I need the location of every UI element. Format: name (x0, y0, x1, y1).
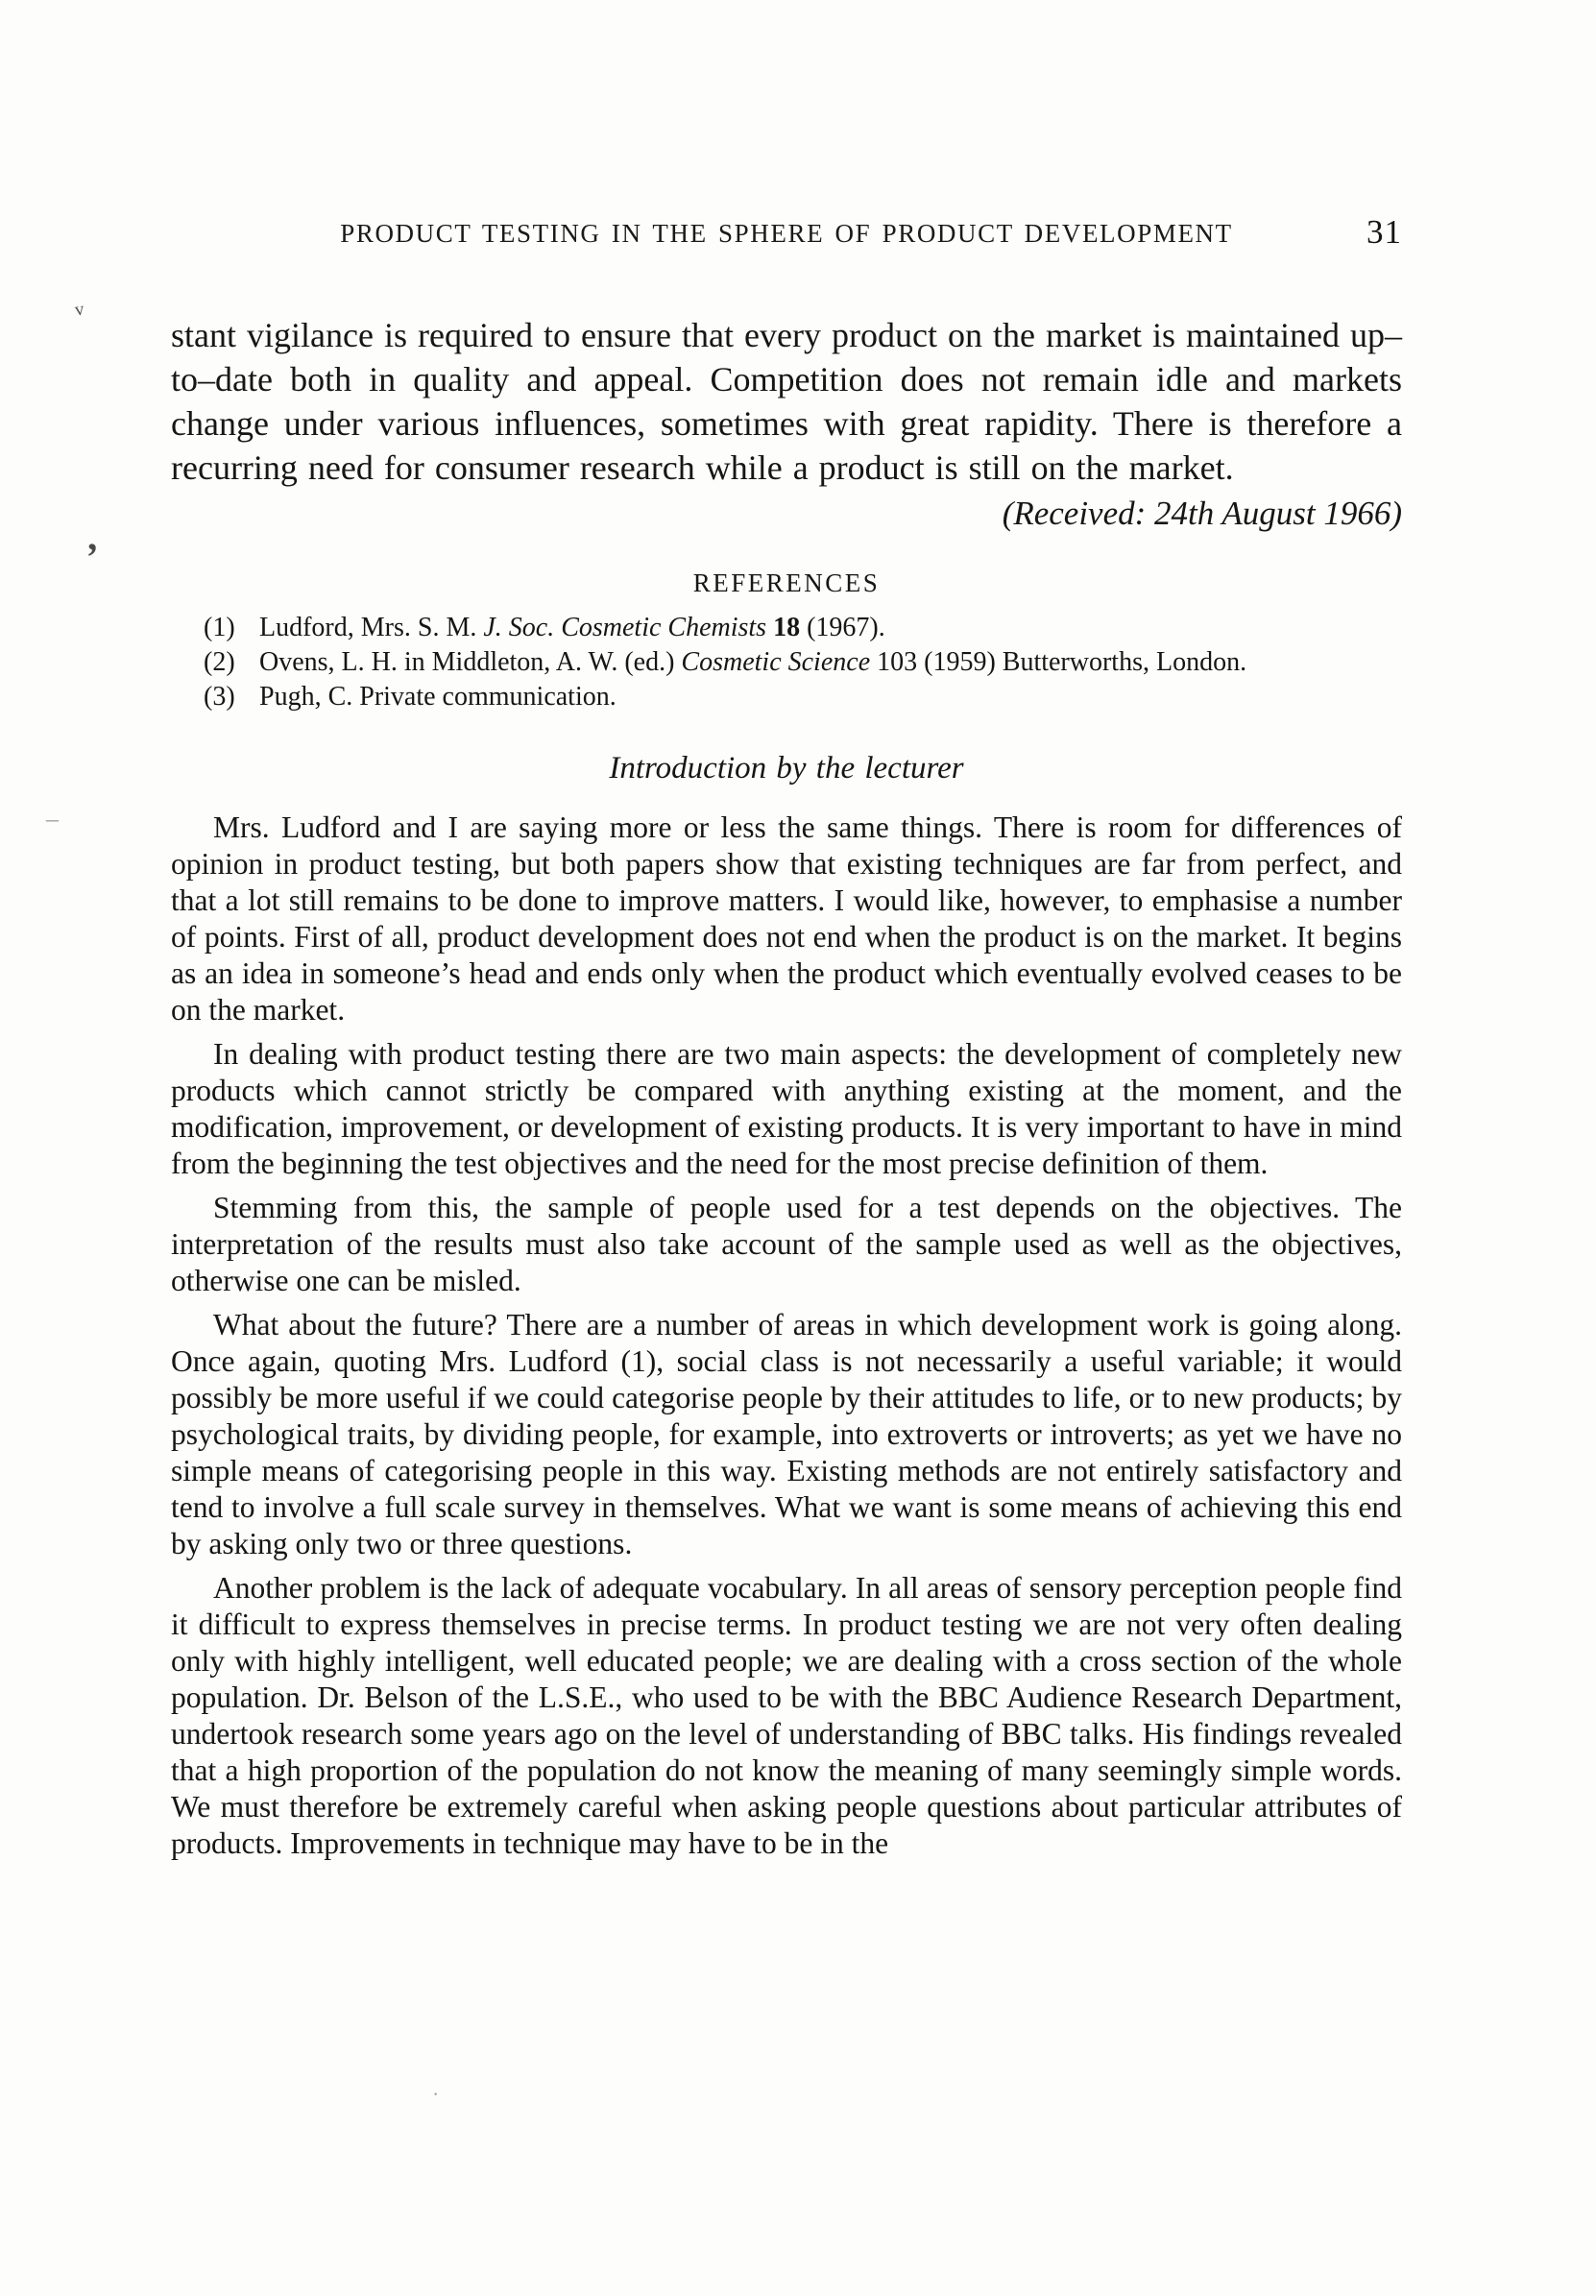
reference-text: Pugh, C. Private communication. (259, 680, 1402, 714)
body-paragraph: Another problem is the lack of adequate … (171, 1570, 1402, 1862)
reference-item: (1) Ludford, Mrs. S. M. J. Soc. Cosmetic… (171, 611, 1402, 645)
lead-paragraph: stant vigilance is required to ensure th… (171, 313, 1402, 490)
introduction-heading: Introduction by the lecturer (171, 751, 1402, 786)
references-list: (1) Ludford, Mrs. S. M. J. Soc. Cosmetic… (171, 611, 1402, 714)
margin-pen-mark: v (74, 299, 85, 321)
reference-number: (2) (204, 645, 259, 680)
page-number: 31 (1366, 213, 1402, 252)
journal-title: Cosmetic Science (681, 647, 877, 677)
volume-number: 18 (773, 613, 800, 642)
body-paragraph: What about the future? There are a numbe… (171, 1307, 1402, 1562)
reference-text-segment: Ludford, Mrs. S. M. (259, 613, 483, 642)
scanned-page: v ’ – · PRODUCT TESTING IN THE SPHERE OF… (0, 0, 1596, 2296)
reference-text: Ludford, Mrs. S. M. J. Soc. Cosmetic Che… (259, 611, 1402, 645)
reference-number: (1) (204, 611, 259, 645)
reference-text-segment: Pugh, C. Private communication. (259, 682, 617, 712)
reference-text-segment: Ovens, L. H. in Middleton, A. W. (ed.) (259, 647, 681, 677)
body-paragraph: Stemming from this, the sample of people… (171, 1190, 1402, 1299)
text-column: PRODUCT TESTING IN THE SPHERE OF PRODUCT… (171, 219, 1402, 1862)
reference-item: (2) Ovens, L. H. in Middleton, A. W. (ed… (171, 645, 1402, 680)
reference-text: Ovens, L. H. in Middleton, A. W. (ed.) C… (259, 645, 1402, 680)
margin-pen-mark: ’ (85, 534, 101, 580)
received-line: (Received: 24th August 1966) (171, 492, 1402, 536)
scan-artifact-dash: – (46, 805, 59, 834)
running-title: PRODUCT TESTING IN THE SPHERE OF PRODUCT… (171, 219, 1402, 249)
journal-title: J. Soc. Cosmetic Chemists (483, 613, 773, 642)
reference-text-segment: 103 (1959) Butterworths, London. (877, 647, 1246, 677)
reference-text-segment: (1967). (800, 613, 885, 642)
running-head: PRODUCT TESTING IN THE SPHERE OF PRODUCT… (171, 219, 1402, 257)
reference-item: (3) Pugh, C. Private communication. (171, 680, 1402, 714)
body-paragraph: Mrs. Ludford and I are saying more or le… (171, 810, 1402, 1028)
scan-artifact-dot: · (432, 2082, 439, 2107)
reference-number: (3) (204, 680, 259, 714)
body-paragraph: In dealing with product testing there ar… (171, 1036, 1402, 1182)
references-heading: REFERENCES (171, 568, 1402, 598)
